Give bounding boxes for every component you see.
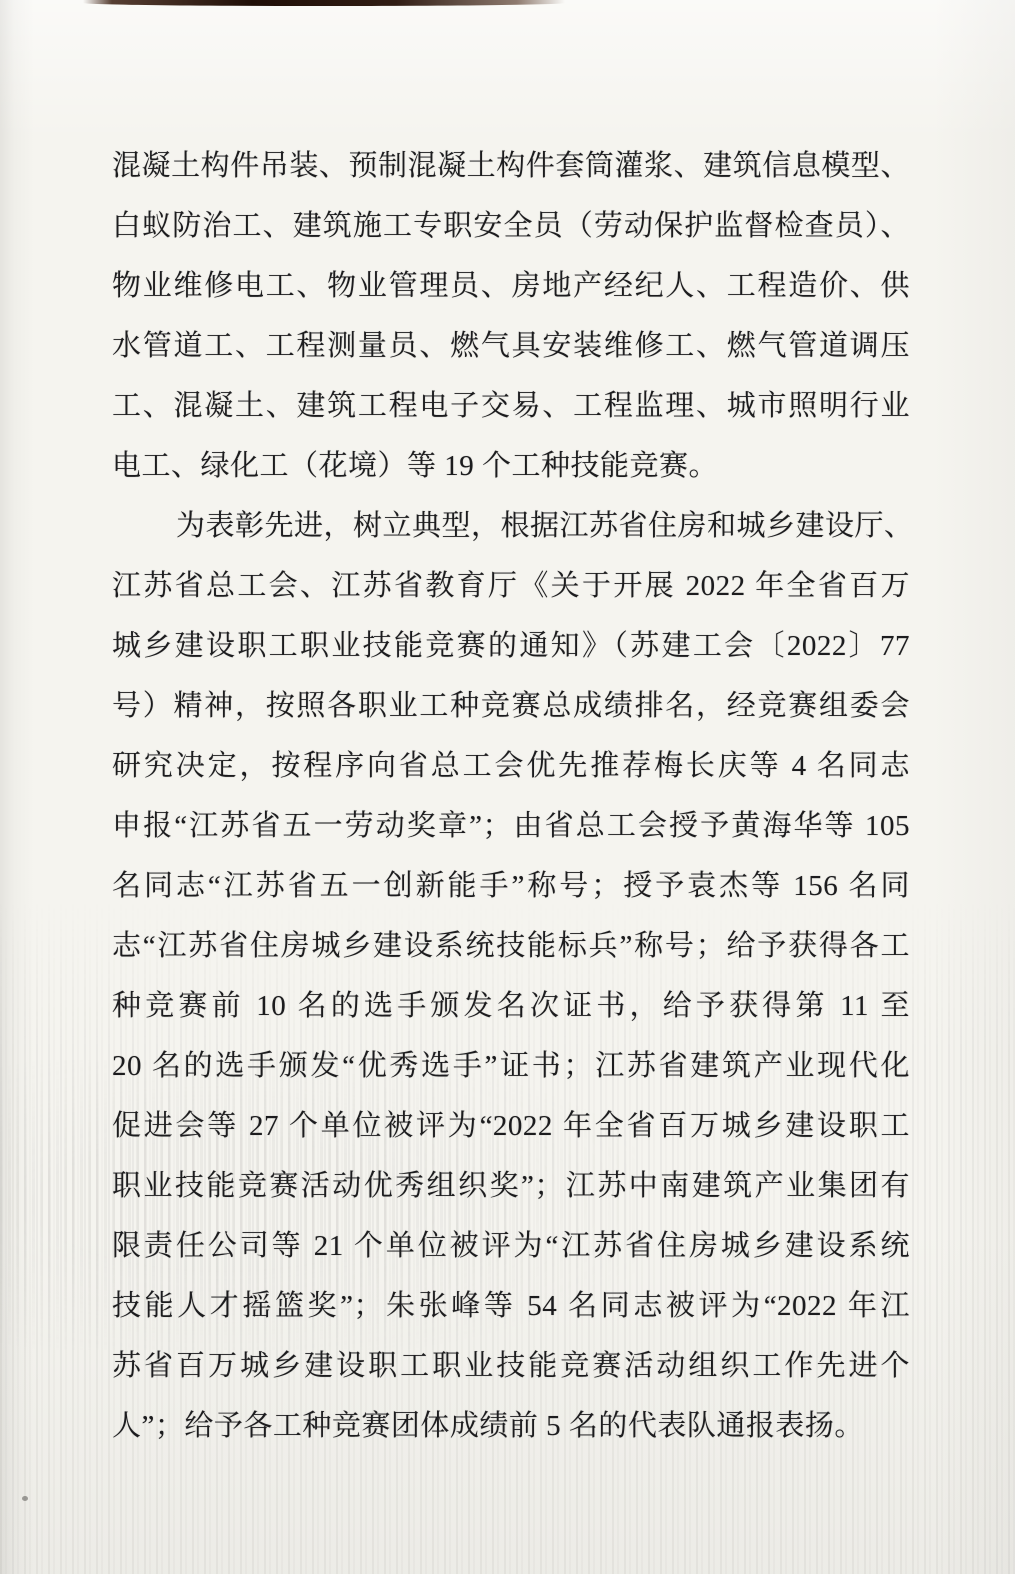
text-line: 白蚁防治工、建筑施工专职安全员（劳动保护监督检查员）、 — [112, 196, 910, 256]
text-line: 物业维修电工、物业管理员、房地产经纪人、工程造价、供 — [112, 256, 910, 316]
text-line: 20 名的选手颁发“优秀选手”证书；江苏省建筑产业现代化 — [112, 1036, 910, 1096]
text-line: 限责任公司等 21 个单位被评为“江苏省住房城乡建设系统 — [112, 1216, 910, 1276]
text-line: 工、混凝土、建筑工程电子交易、工程监理、城市照明行业 — [112, 376, 910, 436]
paragraph-2: 为表彰先进，树立典型，根据江苏省住房和城乡建设厅、 江苏省总工会、江苏省教育厅《… — [112, 496, 910, 1456]
text-line: 城乡建设职工职业技能竞赛的通知》（苏建工会〔2022〕77 — [112, 616, 910, 676]
text-line: 江苏省总工会、江苏省教育厅《关于开展 2022 年全省百万 — [112, 556, 910, 616]
text-line: 职业技能竞赛活动优秀组织奖”；江苏中南建筑产业集团有 — [112, 1156, 910, 1216]
text-line: 促进会等 27 个单位被评为“2022 年全省百万城乡建设职工 — [112, 1096, 910, 1156]
page-text: 混凝土构件吊装、预制混凝土构件套筒灌浆、建筑信息模型、 白蚁防治工、建筑施工专职… — [112, 136, 910, 1456]
text-line: 水管道工、工程测量员、燃气具安装维修工、燃气管道调压 — [112, 316, 910, 376]
text-line: 种竞赛前 10 名的选手颁发名次证书，给予获得第 11 至 — [112, 976, 910, 1036]
text-line: 号）精神，按照各职业工种竞赛总成绩排名，经竞赛组委会 — [112, 676, 910, 736]
scanned-page: 混凝土构件吊装、预制混凝土构件套筒灌浆、建筑信息模型、 白蚁防治工、建筑施工专职… — [0, 0, 1015, 1574]
text-line: 志“江苏省住房城乡建设系统技能标兵”称号；给予获得各工 — [112, 916, 910, 976]
top-edge-scan-mark — [83, 0, 565, 6]
text-line: 为表彰先进，树立典型，根据江苏省住房和城乡建设厅、 — [112, 496, 910, 556]
text-line: 名同志“江苏省五一创新能手”称号；授予袁杰等 156 名同 — [112, 856, 910, 916]
text-line: 苏省百万城乡建设职工职业技能竞赛活动组织工作先进个 — [112, 1336, 910, 1396]
text-line: 电工、绿化工（花境）等 19 个工种技能竞赛。 — [112, 436, 910, 496]
text-line: 研究决定，按程序向省总工会优先推荐梅长庆等 4 名同志 — [112, 736, 910, 796]
text-line: 人”；给予各工种竞赛团体成绩前 5 名的代表队通报表扬。 — [112, 1396, 910, 1456]
text-line: 申报“江苏省五一劳动奖章”；由省总工会授予黄海华等 105 — [112, 796, 910, 856]
text-line: 混凝土构件吊装、预制混凝土构件套筒灌浆、建筑信息模型、 — [112, 136, 910, 196]
paragraph-continuation: 混凝土构件吊装、预制混凝土构件套筒灌浆、建筑信息模型、 白蚁防治工、建筑施工专职… — [112, 136, 910, 496]
text-line: 技能人才摇篮奖”；朱张峰等 54 名同志被评为“2022 年江 — [112, 1276, 910, 1336]
ink-speck — [22, 1496, 28, 1501]
